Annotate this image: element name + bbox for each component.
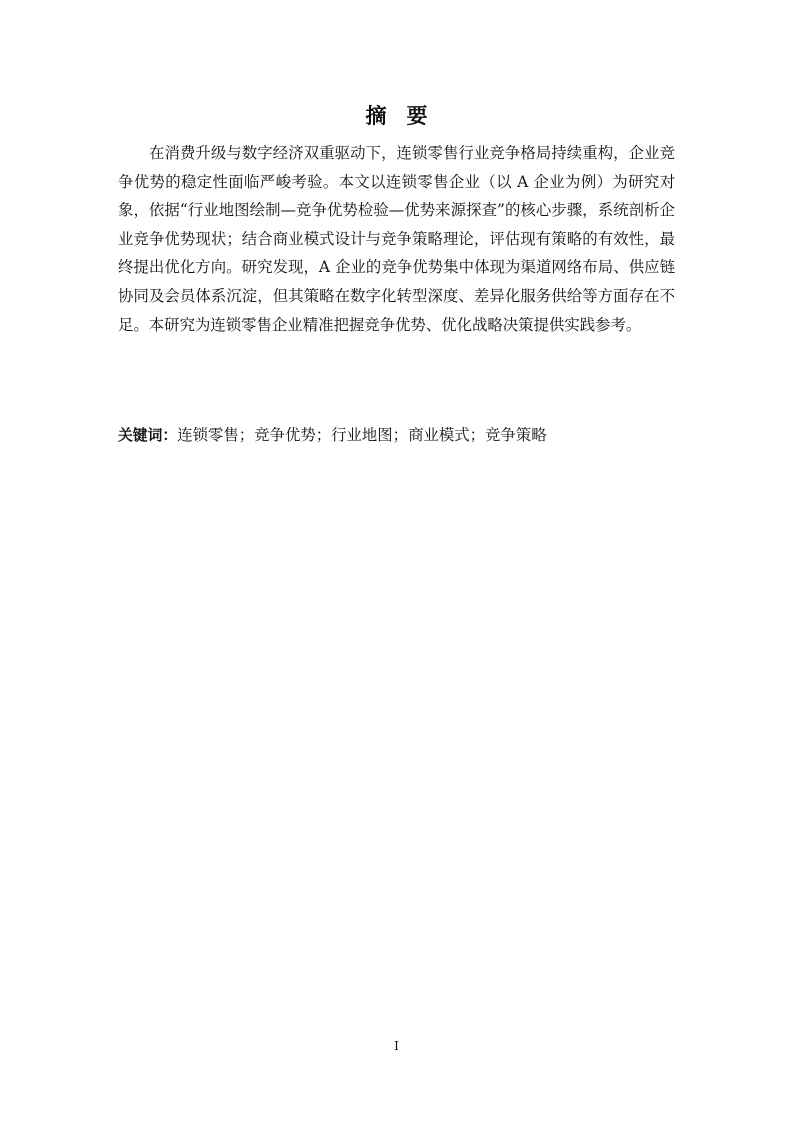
keywords-list: 连锁零售；竞争优势；行业地图；商业模式；竞争策略 bbox=[177, 426, 546, 444]
abstract-title: 摘要 bbox=[0, 101, 793, 131]
keywords-label: 关键词： bbox=[118, 427, 177, 444]
page-number: I bbox=[0, 1038, 793, 1054]
title-char-2: 要 bbox=[407, 101, 428, 131]
document-page: 摘要 在消费升级与数字经济双重驱动下，连锁零售行业竞争格局持续重构，企业竞争优势… bbox=[0, 0, 793, 1122]
title-char-1: 摘 bbox=[366, 101, 387, 131]
abstract-body: 在消费升级与数字经济双重驱动下，连锁零售行业竞争格局持续重构，企业竞争优势的稳定… bbox=[118, 139, 675, 339]
keywords-line: 关键词：连锁零售；竞争优势；行业地图；商业模式；竞争策略 bbox=[118, 421, 675, 450]
